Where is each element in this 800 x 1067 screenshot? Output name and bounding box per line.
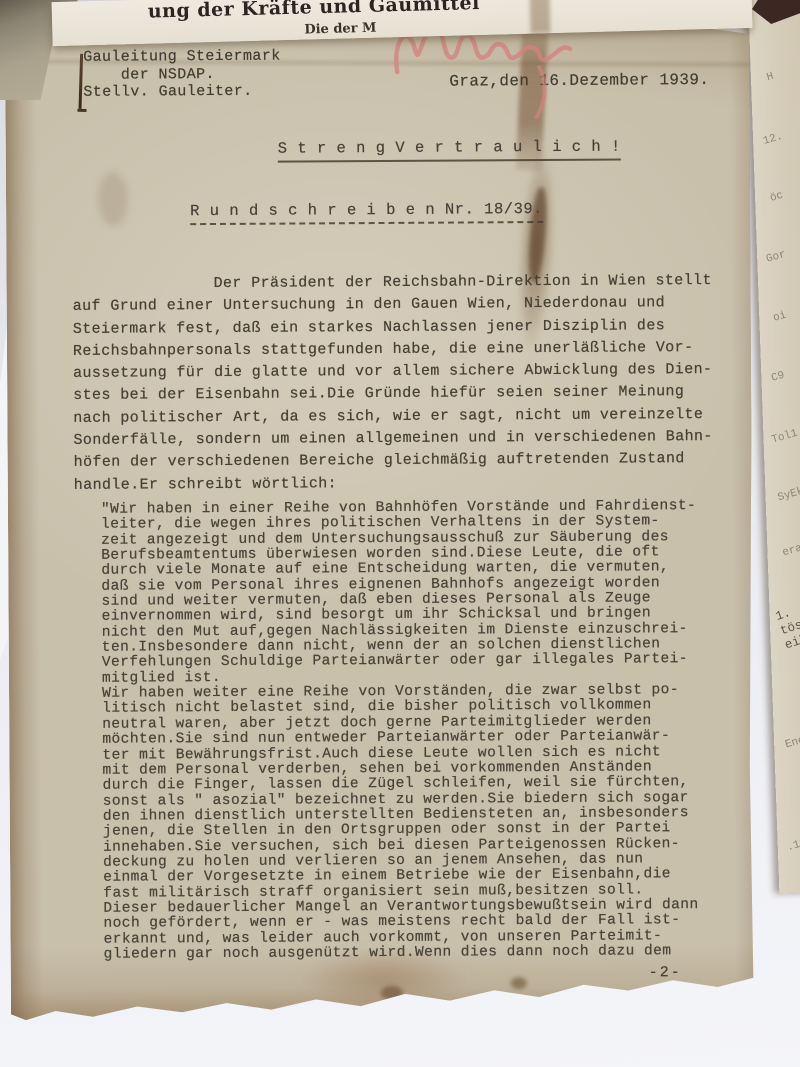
cutoff-text-fragment: SyEk [776, 486, 800, 505]
underlying-typed-page: o H 12. öc Gor oi C9 Tol1 SyEk era Ene .… [748, 0, 800, 894]
scribble-tail [536, 67, 545, 117]
stain-on-strip [529, 0, 550, 34]
page-number: -2- [649, 964, 682, 981]
heading-rundschreiben: R u n d s c h r e i b e n Nr. 18/39. [190, 200, 543, 225]
cutoff-text-fragment: Gor [765, 249, 787, 266]
heading-streng-vertraulich: S t r e n g V e r t r a u l i c h ! [278, 138, 621, 163]
cutoff-text-fragment: H [765, 71, 775, 84]
cutoff-text-fragment: era [781, 542, 800, 559]
fraktur-headline-fragment: ung der Kräfte und Gaumittel [148, 0, 481, 23]
letterhead: Gauleitung Steiermark der NSDAP. Stellv.… [83, 48, 281, 102]
cutoff-text-fragment: Ene [784, 734, 800, 751]
cutoff-text-fragment: .12. [786, 835, 800, 854]
fraktur-subline-fragment: Die der M [304, 21, 377, 38]
stain-spot [511, 977, 527, 989]
intro-paragraph: Der Präsident der Reichsbahn-Direktion i… [72, 270, 713, 497]
cutoff-text-fragment: C9 [770, 370, 786, 385]
photograph-of-typed-document: o H 12. öc Gor oi C9 Tol1 SyEk era Ene .… [0, 0, 800, 1067]
quoted-passage: "Wir haben in einer Reihe von Bahnhöfen … [101, 499, 699, 963]
cutoff-text-cluster: 1. töss eiko [774, 601, 800, 653]
stain-spot [98, 172, 128, 227]
cutoff-text-fragment: oi [772, 310, 788, 325]
stain-spot [381, 986, 403, 1000]
cutoff-text-fragment: 12. [762, 131, 784, 148]
cutoff-text-fragment: öc [769, 190, 785, 205]
cutoff-text-fragment: Tol1 [770, 428, 799, 447]
main-document-page: Gauleitung Steiermark der NSDAP. Stellv.… [5, 18, 755, 1023]
